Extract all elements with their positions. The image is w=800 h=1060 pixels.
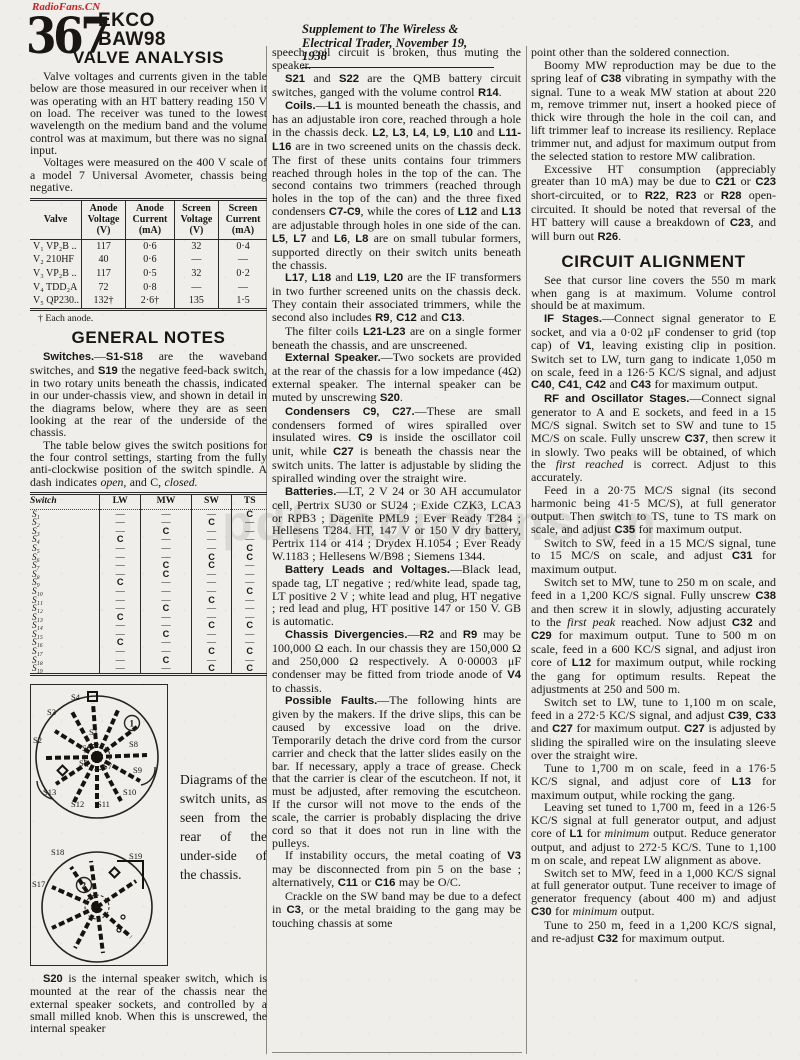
unit-2-number: 2 — [82, 880, 87, 890]
paragraph: Chassis Divergencies.—R2 and R9 may be 1… — [272, 628, 521, 694]
paragraph: The filter coils L21-L23 are on a single… — [272, 325, 521, 352]
right-top-paragraphs: point other than the soldered connection… — [531, 46, 776, 244]
table-cell: 2·6† — [126, 295, 175, 310]
general-notes-heading: GENERAL NOTES — [30, 329, 267, 347]
table-cell: 0·6 — [126, 254, 175, 268]
table-cell: 0·5 — [126, 267, 175, 281]
paragraph: Valve voltages and currents given in the… — [30, 70, 267, 156]
row-label: S₃ — [30, 527, 100, 536]
paragraph: Switches.—S1-S18 are the waveband switch… — [30, 350, 267, 438]
row-label: V₁ VP₂B .. — [30, 240, 82, 254]
set-maker-model: EKCO BAW98 — [98, 11, 166, 49]
table-cell: 135 — [174, 295, 218, 310]
valve-analysis-heading: VALVE ANALYSIS — [30, 49, 267, 67]
left-column: VALVE ANALYSIS Valve voltages and curren… — [30, 46, 267, 1035]
table-cell: 1·5 — [219, 295, 267, 310]
supplement-line-1: Supplement to The Wireless & — [302, 23, 494, 37]
diagram-label: S9 — [133, 765, 142, 775]
circuit-alignment-heading: CIRCUIT ALIGNMENT — [531, 253, 776, 271]
paragraph: Switch to SW, feed in a 15 MC/S signal, … — [531, 537, 776, 577]
diagram-caption: Diagrams of the switch units, as seen fr… — [180, 684, 267, 966]
paragraph: S20 is the internal speaker switch, whic… — [30, 972, 267, 1035]
table-cell: 0·2 — [219, 267, 267, 281]
diagram-label: S10 — [123, 787, 136, 797]
table-row: S₁₁——C— — [30, 596, 267, 605]
bottom-rule — [272, 1052, 522, 1053]
middle-column: speech coil circuit is broken, thus muti… — [272, 46, 521, 930]
column-header: Anode Voltage (V) — [82, 200, 126, 240]
paragraph: If instability occurs, the metal coating… — [272, 849, 521, 890]
row-label: S₁₉ — [30, 664, 100, 674]
table-row: S₁₆C——— — [30, 638, 267, 647]
circuit-alignment-paragraphs: See that cursor line covers the 550 m ma… — [531, 274, 776, 946]
table-cell: — — [100, 664, 141, 674]
table-row: S₁₅—C—— — [30, 630, 267, 639]
row-label: S₆ — [30, 553, 100, 562]
row-label: S₇ — [30, 561, 100, 570]
column-header: Screen Current (mA) — [219, 200, 267, 240]
table-row: S₇—CC— — [30, 561, 267, 570]
general-notes-paragraphs: Switches.—S1-S18 are the waveband switch… — [30, 350, 267, 488]
diagram-label: S5 — [79, 758, 88, 768]
paragraph: Switch set to LW, tune to 1,100 m on sca… — [531, 696, 776, 762]
table-row: S₁₀———C — [30, 587, 267, 596]
paragraph: Switch set to MW, tune to 250 m on scale… — [531, 576, 776, 696]
paragraph: Coils.—L1 is mounted beneath the chassis… — [272, 99, 521, 271]
unit-1-number: 1 — [130, 718, 135, 728]
paragraph: See that cursor line covers the 550 m ma… — [531, 274, 776, 313]
table-cell: 0·6 — [126, 240, 175, 254]
diagram-label: S6 — [82, 743, 91, 753]
switch-unit-diagrams: 1 S1 S2 S3 S4 S5 S6 S7 S8 S9 S10 S11 S12… — [30, 684, 168, 966]
paragraph: IF Stages.—Connect signal generator to E… — [531, 312, 776, 392]
table-cell: C — [191, 664, 232, 674]
switch-position-table: SwitchLWMWSWTSS₁———CS₂——C—S₃—C——S₄C———S₅… — [30, 492, 267, 676]
diagram-label: S18 — [51, 847, 64, 857]
row-label: V₄ TDD₂A — [30, 281, 82, 295]
paragraph: Possible Faults.—The following hints are… — [272, 694, 521, 849]
row-label: V₅ QP230.. — [30, 295, 82, 310]
paragraph: S21 and S22 are the QMB battery circuit … — [272, 72, 521, 100]
table-header-row: ValveAnode Voltage (V)Anode Current (mA)… — [30, 200, 267, 240]
s20-paragraph: S20 is the internal speaker switch, whic… — [30, 972, 267, 1035]
table-row: S₆——CC — [30, 553, 267, 562]
valve-analysis-paragraphs: Valve voltages and currents given in the… — [30, 70, 267, 193]
column-header: LW — [100, 493, 141, 509]
table-row: V₃ VP₂B ..1170·5320·2 — [30, 267, 267, 281]
table-header-row: SwitchLWMWSWTS — [30, 493, 267, 509]
table-row: S₄C——— — [30, 535, 267, 544]
column-header: TS — [232, 493, 267, 509]
table-cell: 32 — [174, 240, 218, 254]
diagram-label: S13 — [43, 787, 56, 797]
table-row: V₁ VP₂B ..1170·6320·4 — [30, 240, 267, 254]
table-row: V₅ QP230..132†2·6†1351·5 — [30, 295, 267, 310]
paragraph: Boomy MW reproduction may be due to the … — [531, 59, 776, 163]
paragraph: point other than the soldered connection… — [531, 46, 776, 59]
valve-table-footnote: † Each anode. — [30, 313, 267, 324]
column-header: SW — [191, 493, 232, 509]
table-row: S₁₂—C—— — [30, 604, 267, 613]
table-cell: 40 — [82, 254, 126, 268]
paragraph: Excessive HT consumption (appreciably gr… — [531, 163, 776, 244]
table-row: S₅———C — [30, 544, 267, 553]
diagram-label: S8 — [129, 739, 138, 749]
column-header: Screen Voltage (V) — [174, 200, 218, 240]
diagram-label: S11 — [97, 799, 110, 809]
table-row: S₁———C — [30, 509, 267, 518]
paragraph: Switch set to MW, feed in a 1,000 KC/S s… — [531, 867, 776, 919]
column-header: MW — [141, 493, 191, 509]
column-header: Valve — [30, 200, 82, 240]
switch-symbol-diamond — [110, 867, 120, 877]
table-row: S₁₈—C—— — [30, 656, 267, 665]
table-cell: 32 — [174, 267, 218, 281]
row-label: S₄ — [30, 535, 100, 544]
paragraph: Tune to 250 m, feed in a 1,200 KC/S sign… — [531, 919, 776, 946]
table-cell: — — [141, 664, 191, 674]
row-label: S₁ — [30, 509, 100, 518]
table-cell: — — [219, 254, 267, 268]
switch-diagram-section: 1 S1 S2 S3 S4 S5 S6 S7 S8 S9 S10 S11 S12… — [30, 684, 267, 966]
diagram-label: S2 — [33, 735, 42, 745]
brand-name: EKCO — [98, 11, 166, 30]
diagram-label: S19 — [129, 851, 142, 861]
table-row: S₁₄——CC — [30, 621, 267, 630]
table-cell: C — [232, 664, 267, 674]
table-cell: — — [174, 254, 218, 268]
row-label: V₂ 210HF — [30, 254, 82, 268]
paragraph: Tune to 1,700 m on scale, feed in a 176·… — [531, 762, 776, 802]
paragraph: Feed in a 20·75 MC/S signal (its second … — [531, 484, 776, 536]
diagram-label: S17 — [32, 879, 45, 889]
row-label: S₂ — [30, 518, 100, 527]
paragraph: RF and Oscillator Stages.—Connect signal… — [531, 392, 776, 484]
row-label: S₅ — [30, 544, 100, 553]
diagram-label: S12 — [71, 799, 84, 809]
switch-unit-2-contacts — [52, 861, 136, 953]
row-label: V₃ VP₂B .. — [30, 267, 82, 281]
switch-symbol-diamond — [58, 765, 68, 775]
paragraph: Crackle on the SW band may be due to a d… — [272, 890, 521, 930]
diagram-label: S3 — [47, 707, 56, 717]
service-sheet-page: RadioFans.CN 367 EKCO BAW98 Supplement t… — [0, 0, 800, 1060]
table-cell: 0·8 — [126, 281, 175, 295]
table-row: S₂——C— — [30, 518, 267, 527]
paragraph: The table below gives the switch positio… — [30, 439, 267, 488]
table-row: S₃—C—— — [30, 527, 267, 536]
paragraph: Batteries.—LT, 2 V 24 or 30 AH accumulat… — [272, 485, 521, 563]
paragraph: External Speaker.—Two sockets are provid… — [272, 351, 521, 404]
table-row: S₈—C—— — [30, 570, 267, 579]
table-row: V₄ TDD₂A720·8—— — [30, 281, 267, 295]
valve-table: ValveAnode Voltage (V)Anode Current (mA)… — [30, 198, 267, 311]
table-cell: — — [219, 281, 267, 295]
column-header: Anode Current (mA) — [126, 200, 175, 240]
paragraph: L17, L18 and L19, L20 are the IF transfo… — [272, 271, 521, 324]
right-column: point other than the soldered connection… — [531, 46, 776, 946]
table-cell: 132† — [82, 295, 126, 310]
column-header: Switch — [30, 493, 100, 509]
paragraph: Condensers C9, C27.—These are small cond… — [272, 405, 521, 485]
table-row: S₁₇——CC — [30, 647, 267, 656]
table-row: V₂ 210HF400·6—— — [30, 254, 267, 268]
table-cell: 117 — [82, 240, 126, 254]
paragraph: Voltages were measured on the 400 V scal… — [30, 156, 267, 193]
diagram-label: S7 — [103, 761, 112, 771]
unit-1-labels: S1 S2 S3 S4 S5 S6 S7 S8 S9 S10 S11 S12 S… — [33, 692, 142, 809]
middle-paragraphs: speech coil circuit is broken, thus muti… — [272, 46, 521, 930]
table-cell: 72 — [82, 281, 126, 295]
table-row: S₁₃C——— — [30, 613, 267, 622]
paragraph: Battery Leads and Voltages.—Black lead, … — [272, 563, 521, 628]
table-cell: 0·4 — [219, 240, 267, 254]
table-cell: 117 — [82, 267, 126, 281]
column-rule — [526, 46, 527, 1054]
row-label: S₈ — [30, 570, 100, 579]
paragraph: Leaving set tuned to 1,700 m, feed in a … — [531, 801, 776, 866]
table-row: S₉C——— — [30, 578, 267, 587]
table-row: S₁₉——CC — [30, 664, 267, 674]
diagram-label: S1 — [89, 727, 98, 737]
table-cell: — — [174, 281, 218, 295]
paragraph: speech coil circuit is broken, thus muti… — [272, 46, 521, 72]
diagram-label: S4 — [71, 692, 81, 702]
